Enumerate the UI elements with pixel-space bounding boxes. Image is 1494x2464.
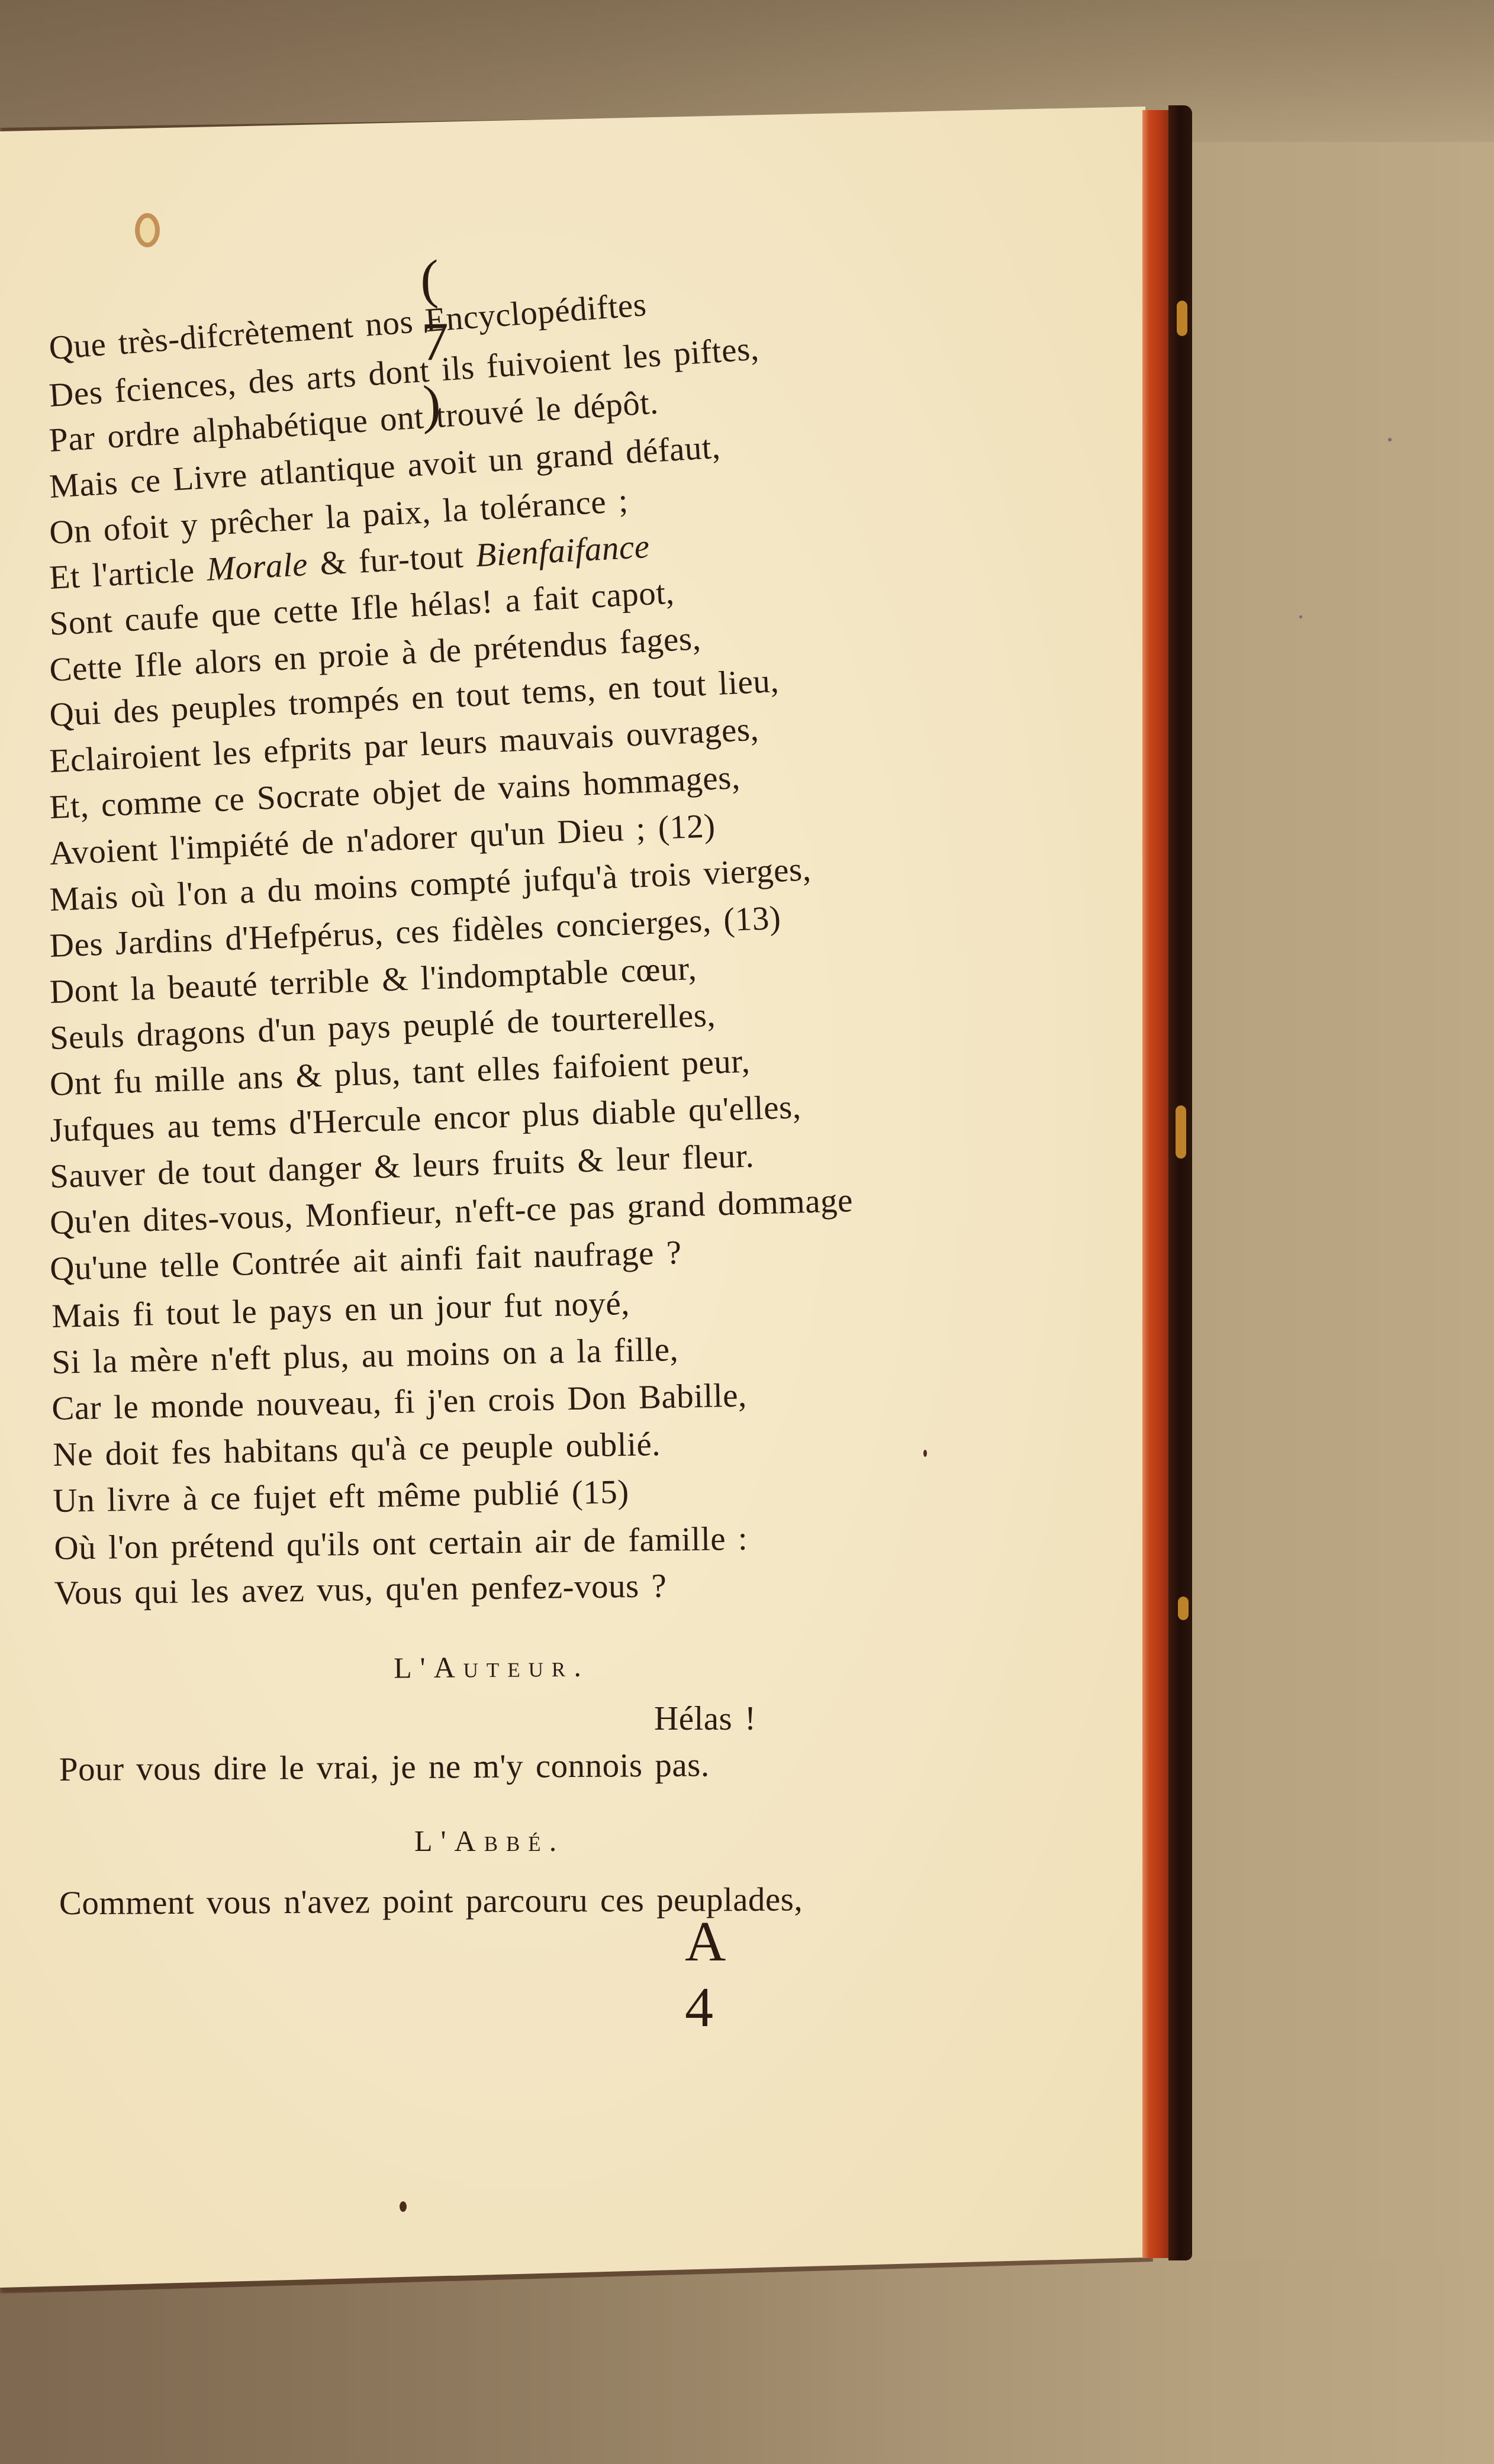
reply-line: Pour vous dire le vrai, je ne m'y connoi… — [59, 1748, 710, 1786]
speaker-label-author: L'Auteur. — [394, 1649, 590, 1685]
verse-line: Un livre à ce fujet eft même publié (15) — [53, 1475, 629, 1518]
binding-wear — [1178, 1597, 1189, 1620]
ink-speck — [400, 2201, 407, 2212]
page-edge-red — [1142, 110, 1170, 2258]
reply-indented: Hélas ! — [654, 1702, 756, 1736]
binding-wear — [1177, 301, 1187, 336]
verse-line: Où l'on prétend qu'ils ont certain air d… — [54, 1522, 748, 1565]
printer-signature-mark: A 4 — [685, 1908, 739, 2040]
binding-wear — [1176, 1105, 1186, 1159]
speaker-label-abbe: L'Abbé. — [414, 1824, 565, 1858]
dust-speck — [1299, 615, 1302, 618]
italic-term-morale: Morale — [206, 546, 309, 588]
dust-speck — [1388, 438, 1392, 441]
foxing-stain — [135, 213, 160, 247]
verse-line: Vous qui les avez vus, qu'en penfez-vous… — [54, 1569, 666, 1610]
background-bottom — [0, 2260, 1494, 2464]
book-binding-edge — [1168, 105, 1192, 2260]
ink-speck — [923, 1450, 927, 1457]
